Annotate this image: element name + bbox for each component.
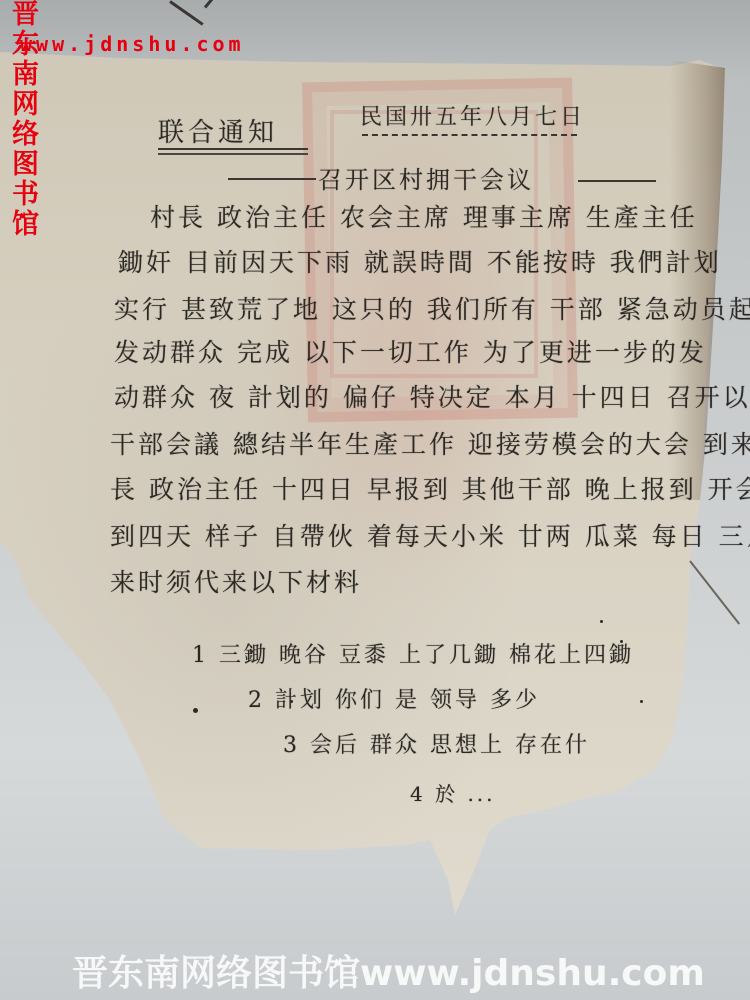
title-underline <box>158 148 308 150</box>
body-line: 动群众 夜 計划的 偏仔 特决定 本月 十四日 召开以上 <box>114 378 750 414</box>
document-title: 联合通知 <box>158 112 278 149</box>
document-date: 民国卅五年八月七日 <box>360 100 585 131</box>
subtitle-rule-left <box>228 178 316 180</box>
body-line: 来时须代来以下材料 <box>110 563 362 599</box>
document-subtitle: 召开区村拥干会议 <box>318 160 534 195</box>
ink-speck <box>250 650 253 653</box>
ink-speck <box>620 640 623 643</box>
ink-speck <box>193 708 198 713</box>
material-list-item: 1 三鋤 晚谷 豆黍 上了几鋤 棉花上四鋤 <box>192 638 634 669</box>
paper-crease-line <box>689 560 740 624</box>
body-line: 村長 政治主任 农会主席 理事主席 生產主任 <box>150 198 698 234</box>
material-list-item: 4 於 ... <box>410 778 496 807</box>
body-line: 到四天 样子 自帶伙 着每天小米 廿两 瓜菜 每日 三斤 於 <box>110 517 750 553</box>
body-line: 干部会議 總结半年生產工作 迎接劳模会的大会 到来 村 <box>110 425 750 461</box>
body-line: 鋤奸 目前因天下雨 就誤時間 不能按時 我們計划 <box>118 243 722 279</box>
body-line: 長 政治主任 十四日 早报到 其他干部 晚上报到 开会 其三 <box>110 470 750 506</box>
date-underline <box>362 134 577 136</box>
material-list-item: 3 会后 群众 思想上 存在什 <box>283 728 590 759</box>
body-line: 实行 甚致荒了地 这只的 我们所有 干部 紧急动员起来 <box>114 290 750 326</box>
ink-speck <box>290 700 293 703</box>
material-list-item: 2 計划 你们 是 领导 多少 <box>248 683 540 714</box>
watermark-site-url: www.jdnshu.com <box>20 32 245 56</box>
ink-speck <box>600 620 603 623</box>
watermark-bottom: 晋东南网络图书馆www.jdnshu.com <box>72 952 705 996</box>
subtitle-rule-right <box>578 180 656 182</box>
body-line: 发动群众 完成 以下一切工作 为了更进一步的发 <box>114 333 707 369</box>
ink-speck <box>640 700 643 703</box>
